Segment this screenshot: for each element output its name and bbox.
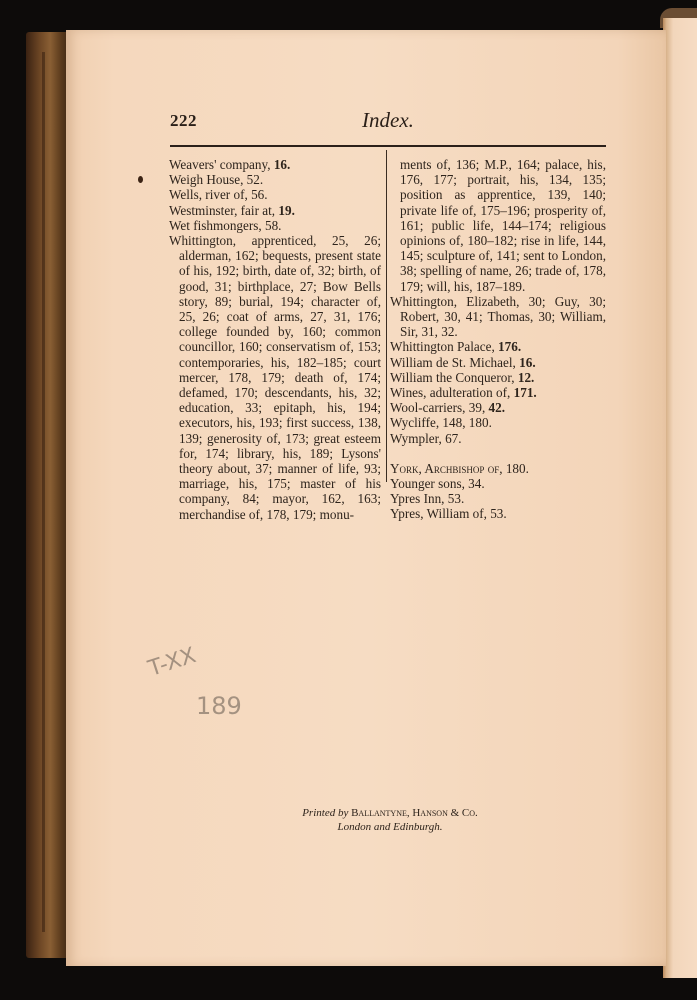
index-entry-whittington: Whittington, apprenticed, 25, 26; alderm… [169,233,381,522]
index-entry: Wycliffe, 148, 180. [390,415,606,430]
index-entry: Ypres Inn, 53. [390,491,606,506]
index-entry: Weigh House, 52. [169,172,381,187]
column-divider [386,150,387,482]
letter-section-gap [390,446,606,461]
index-entry: Wells, river of, 56. [169,187,381,202]
running-title: Index. [362,108,414,133]
index-entry: Whittington, Elizabeth, 30; Guy, 30; Rob… [390,294,606,340]
index-entry: Whittington Palace, 176. [390,339,606,354]
index-entry: Weavers' company, 16. [169,157,381,172]
printed-by-label: Printed by [302,807,348,819]
index-entry: York, Archbishop of, 180. [390,461,606,476]
index-entry: Wool-carriers, 39, 42. [390,400,606,415]
printer-name: Ballantyne, Hanson & Co. [351,807,478,819]
index-entry: William de St. Michael, 16. [390,355,606,370]
page-header: 222 Index. [170,108,606,138]
index-entry: Wines, adulteration of, 171. [390,385,606,400]
printer-imprint: Printed by Ballantyne, Hanson & Co. Lond… [230,806,550,834]
page-number: 222 [170,111,197,131]
index-entry: Westminster, fair at, 19. [169,203,381,218]
printer-location: London and Edinburgh. [337,821,442,833]
book-spine-binding [26,32,70,958]
index-entry: Wet fishmongers, 58. [169,218,381,233]
index-entry-continuation: ments of, 136; M.P., 164; palace, his, 1… [390,157,606,294]
index-entry: Ypres, William of, 53. [390,506,606,521]
pencil-annotation: 189 [196,692,242,720]
index-entry: Younger sons, 34. [390,476,606,491]
header-rule [170,145,606,147]
facing-page-edge [663,18,697,978]
index-entry: Wympler, 67. [390,431,606,446]
index-column-left: Weavers' company, 16. Weigh House, 52. W… [169,157,381,522]
ink-spot [138,176,143,183]
index-entry: William the Conqueror, 12. [390,370,606,385]
index-column-right: ments of, 136; M.P., 164; palace, his, 1… [390,157,606,522]
